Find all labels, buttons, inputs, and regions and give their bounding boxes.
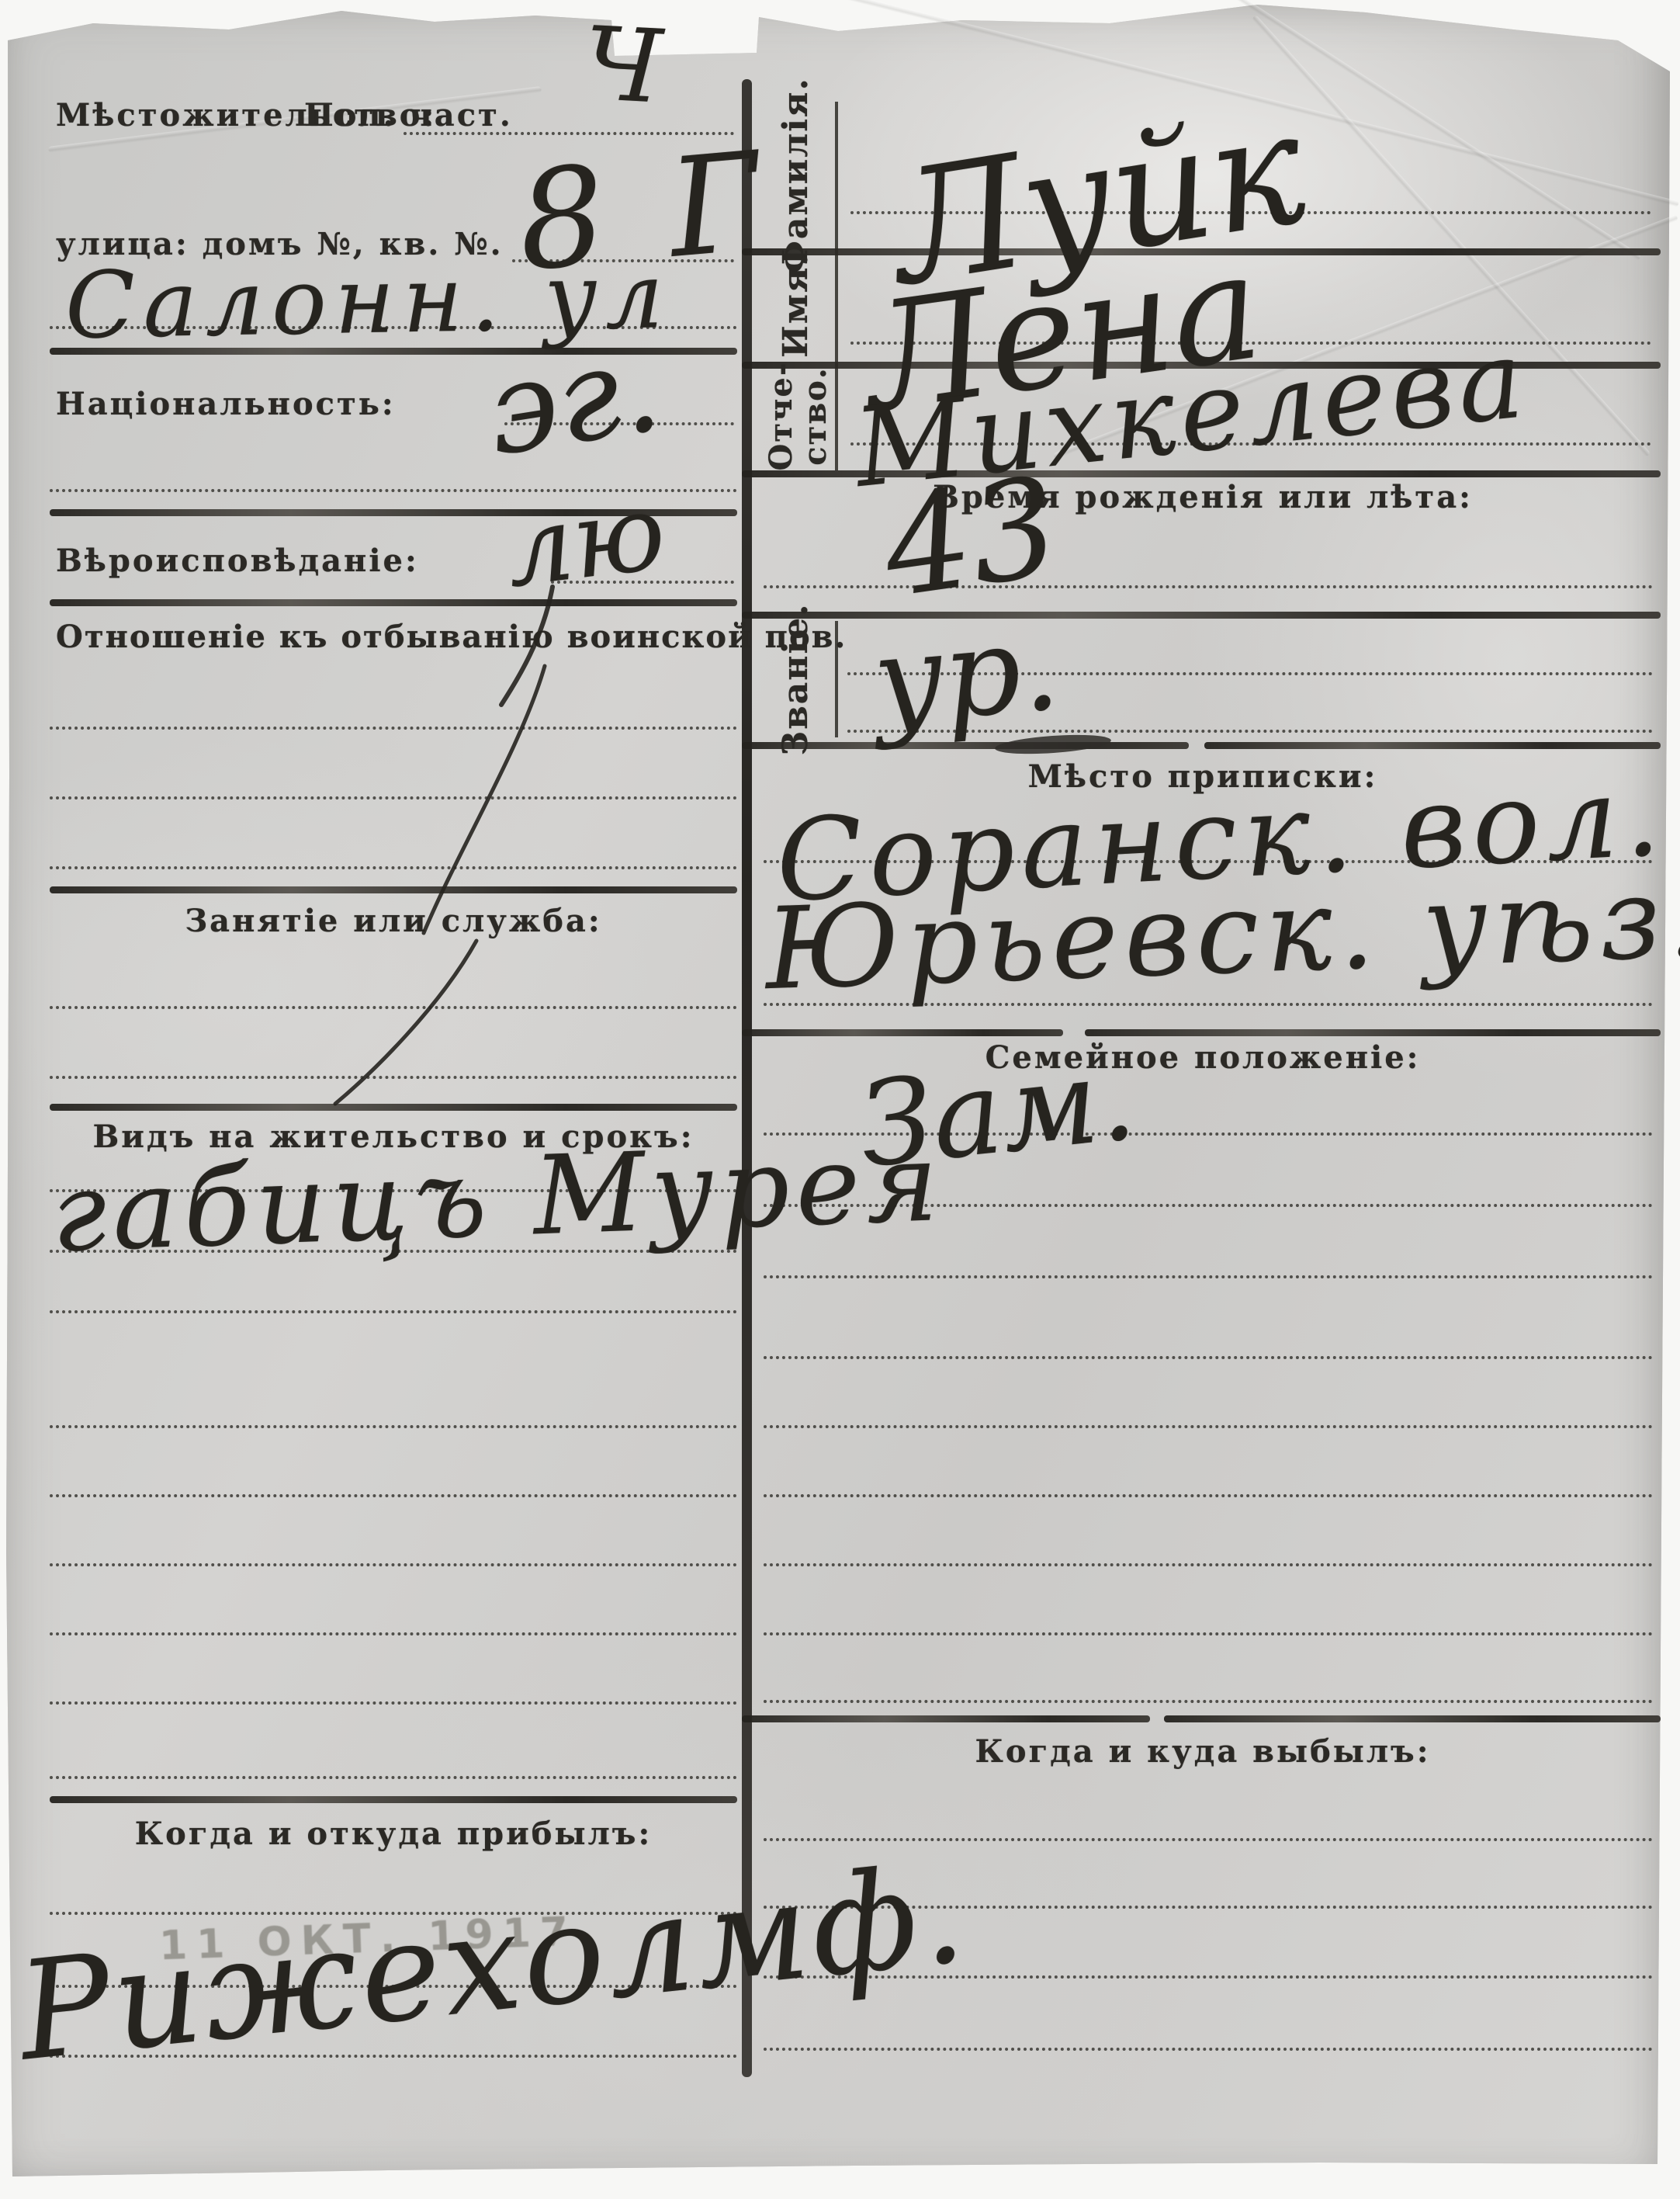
section-rule-line: [742, 1029, 1063, 1036]
label-strip-rule: [835, 102, 838, 470]
military-service-label: Отношеніе къ отбыванію воинской пов.: [56, 619, 847, 655]
section-rule-line: [1085, 1029, 1661, 1036]
dotted-fill-line: [764, 1425, 1653, 1428]
dotted-fill-line: [50, 1076, 737, 1079]
dotted-fill-line: [50, 1632, 737, 1635]
section-rule-line: [50, 886, 737, 893]
dotted-fill-line: [764, 1632, 1653, 1635]
rank-value-handwriting: ур.: [868, 596, 1065, 752]
nationality-label: Національность:: [56, 387, 396, 422]
section-rule-line: [50, 1796, 737, 1803]
departure-label: Когда и куда выбылъ:: [745, 1734, 1661, 1770]
dotted-fill-line: [764, 1356, 1653, 1359]
dotted-fill-line: [50, 1425, 737, 1428]
section-rule-line: [50, 599, 737, 606]
dotted-fill-line: [50, 1563, 737, 1566]
family-status-value-handwriting: Зам.: [854, 1031, 1141, 1194]
section-rule-line: [50, 1104, 737, 1111]
arrival-label: Когда и откуда прибылъ:: [50, 1816, 737, 1852]
dotted-fill-line: [764, 1563, 1653, 1566]
dotted-fill-line: [50, 1776, 737, 1779]
religion-label: Вѣроисповѣданіе:: [56, 543, 419, 579]
section-rule-line: [1204, 742, 1661, 749]
dotted-fill-line: [50, 866, 737, 869]
dotted-fill-line: [764, 1275, 1653, 1278]
dotted-fill-line: [50, 1310, 737, 1313]
police-part-label: Пол. част.: [304, 98, 513, 134]
patronymic-label: Отче-ство.: [764, 362, 833, 470]
section-rule-line: [742, 1715, 1150, 1722]
surname-label: Фамилія.: [767, 102, 824, 248]
dotted-fill-line: [764, 2048, 1653, 2051]
nationality-value-handwriting: эг.: [477, 314, 670, 484]
dotted-fill-line: [764, 1838, 1653, 1841]
section-rule-line: [1164, 1715, 1661, 1722]
name-label: Имя.: [767, 248, 824, 362]
dotted-fill-line: [50, 796, 737, 799]
religion-value-handwriting: лю: [499, 470, 671, 611]
dotted-fill-line: [764, 1494, 1653, 1497]
dotted-fill-line: [764, 1700, 1653, 1703]
dotted-fill-line: [50, 1494, 737, 1497]
dotted-fill-line: [50, 727, 737, 730]
dotted-fill-line: [50, 1701, 737, 1705]
dotted-fill-line: [50, 1006, 737, 1009]
police-part-value-handwriting: Ч: [580, 4, 664, 126]
central-divider-rule: [742, 79, 752, 2077]
rank-label: Званіе.: [767, 619, 824, 739]
occupation-label: Занятіе или служба:: [50, 904, 737, 939]
